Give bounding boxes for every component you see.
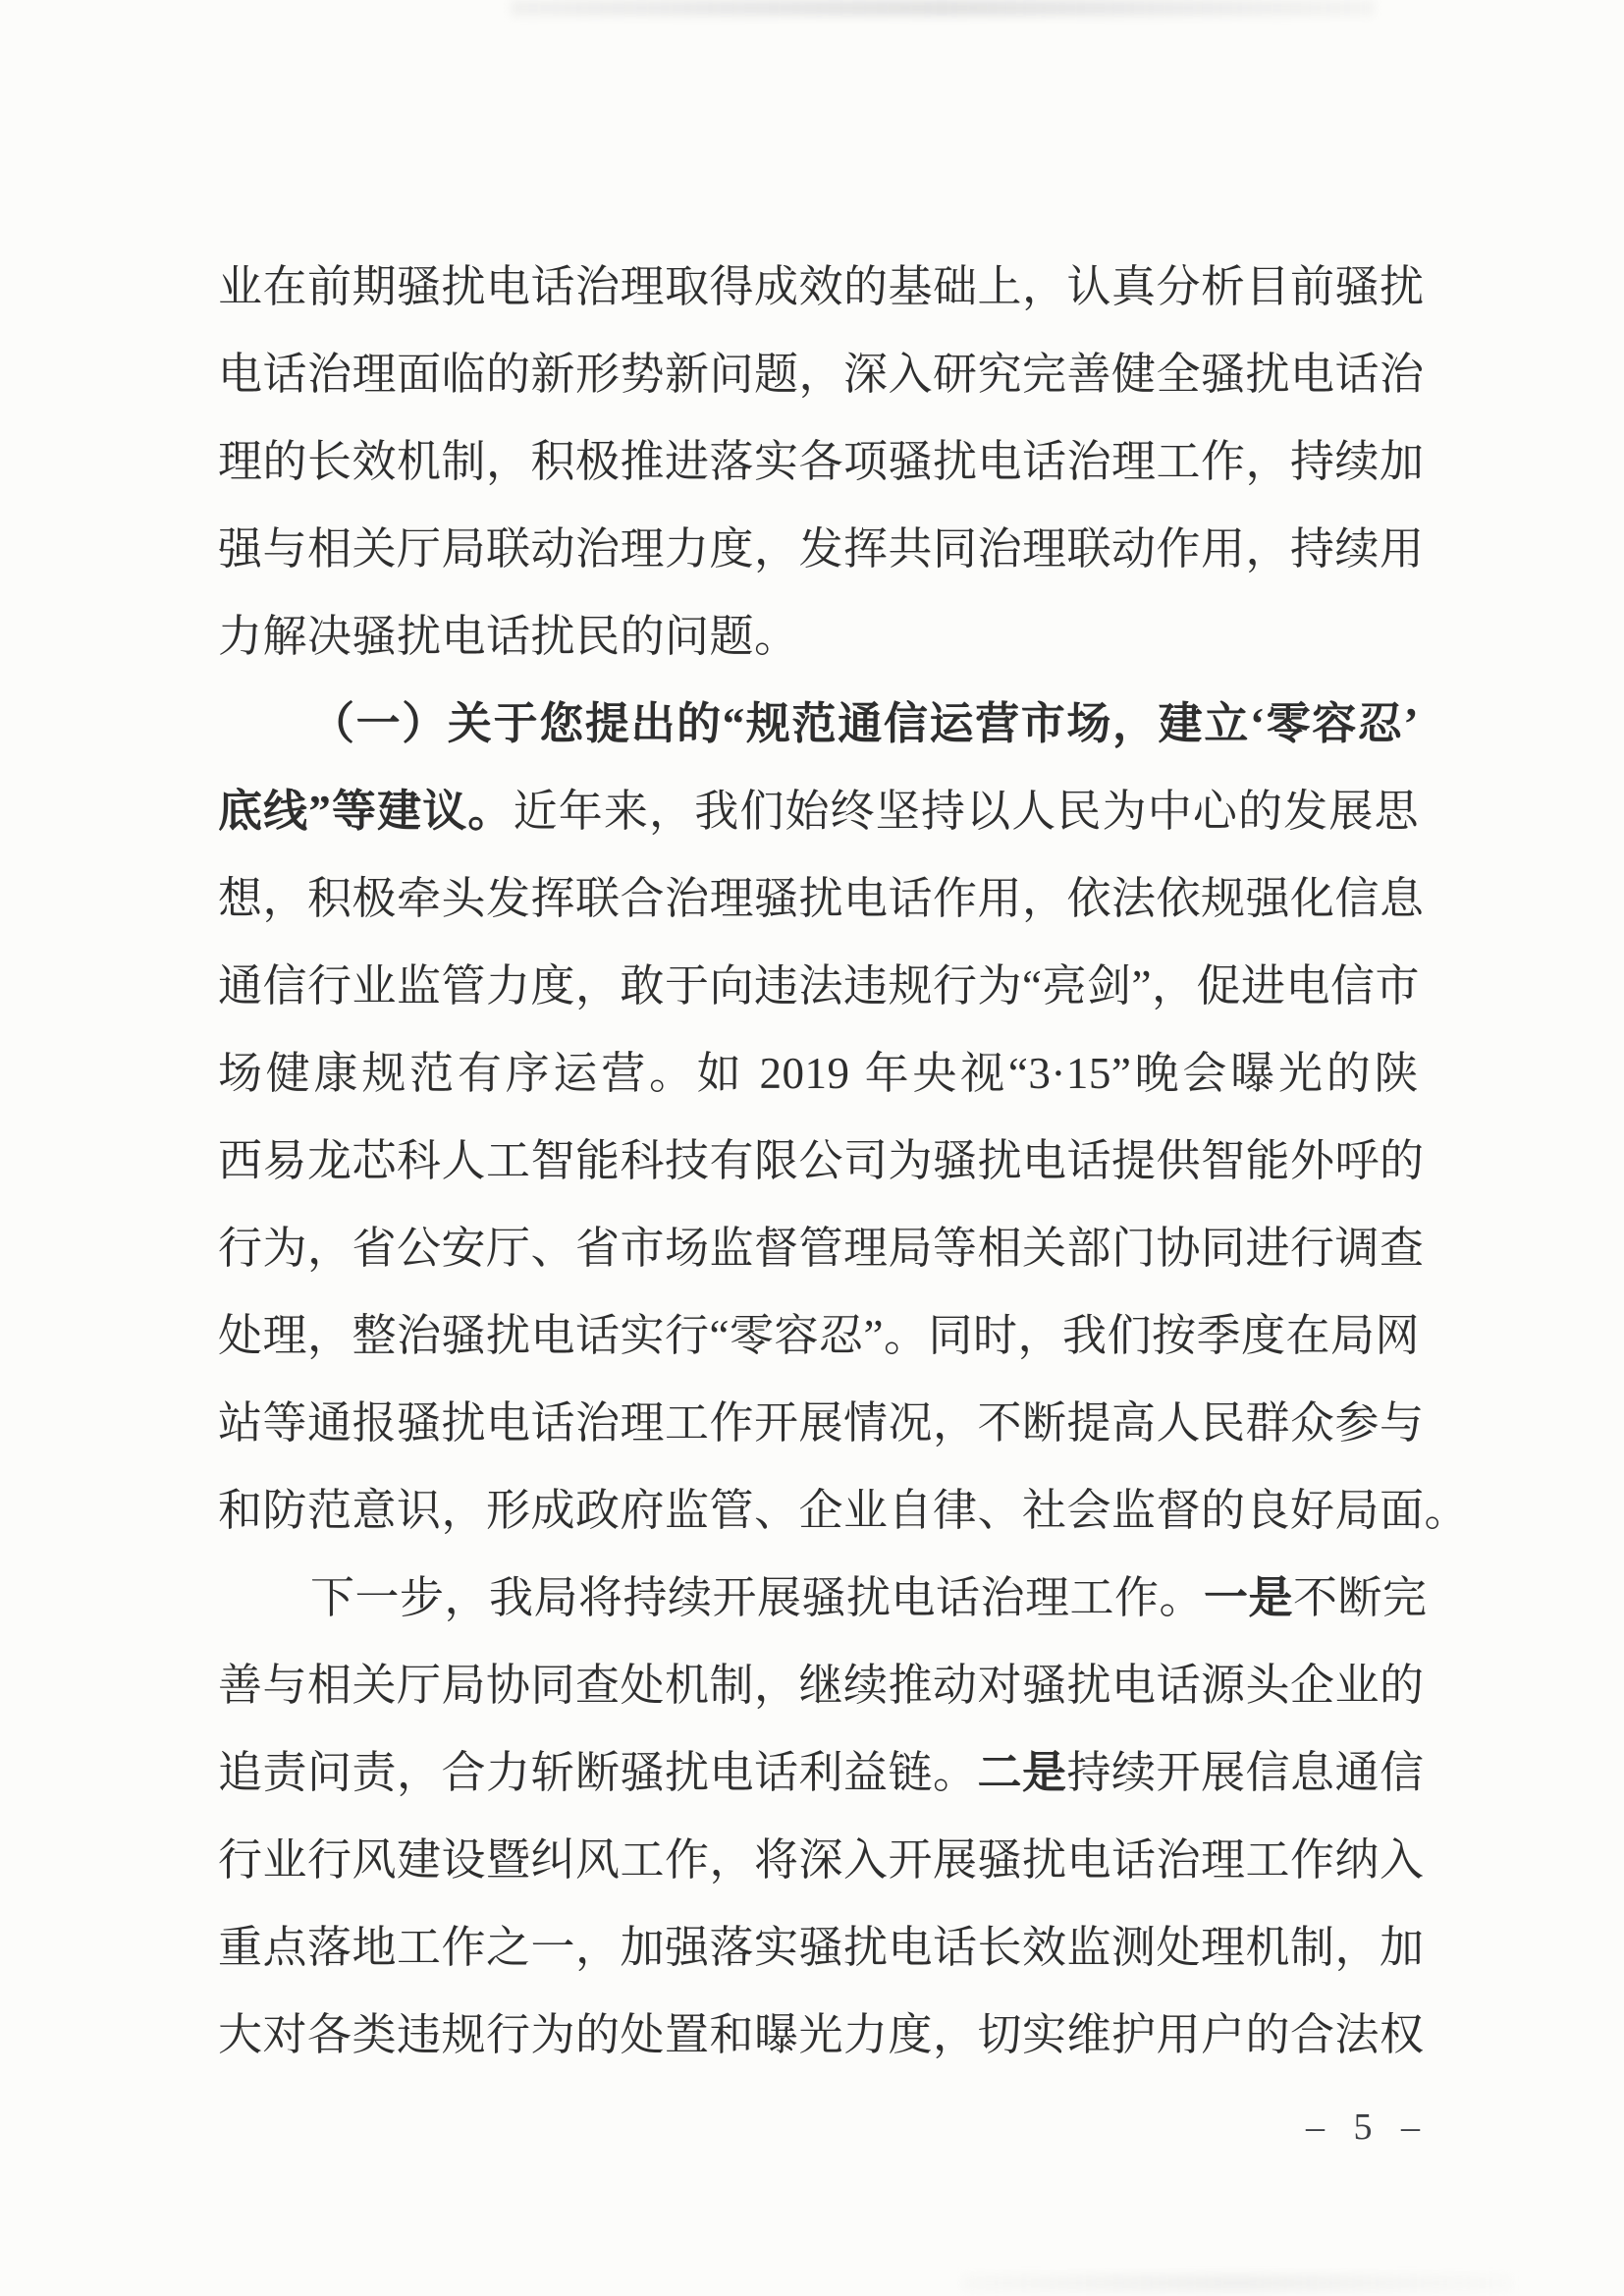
body-text: 站等通报骚扰电话治理工作开展情况，不断提高人民群众参与 (218, 1398, 1425, 1448)
text-line: 行业行风建设暨纠风工作，将深入开展骚扰电话治理工作纳入 (218, 1817, 1419, 1904)
body-text: 理的长效机制，积极推进落实各项骚扰电话治理工作，持续加 (218, 437, 1425, 486)
text-line: 电话治理面临的新形势新问题，深入研究完善健全骚扰电话治 (218, 331, 1419, 418)
document-body: 业在前期骚扰电话治理取得成效的基础上，认真分析目前骚扰电话治理面临的新形势新问题… (218, 244, 1419, 2079)
scanned-page: 业在前期骚扰电话治理取得成效的基础上，认真分析目前骚扰电话治理面临的新形势新问题… (0, 0, 1624, 2296)
text-line: 善与相关厅局协同查处机制，继续推动对骚扰电话源头企业的 (218, 1642, 1419, 1729)
text-line: 西易龙芯科人工智能科技有限公司为骚扰电话提供智能外呼的 (218, 1118, 1419, 1205)
body-text: 处理，整治骚扰电话实行“零容忍”。同时，我们按季度在局网 (218, 1311, 1420, 1360)
text-line: 强与相关厅局联动治理力度，发挥共同治理联动作用，持续用 (218, 506, 1419, 593)
text-line: 站等通报骚扰电话治理工作开展情况，不断提高人民群众参与 (218, 1380, 1419, 1467)
text-line: 大对各类违规行为的处置和曝光力度，切实维护用户的合法权 (218, 1992, 1419, 2079)
body-text: 西易龙芯科人工智能科技有限公司为骚扰电话提供智能外呼的 (218, 1136, 1425, 1185)
text-line: 重点落地工作之一，加强落实骚扰电话长效监测处理机制，加 (218, 1904, 1419, 1992)
text-line: 和防范意识，形成政府监管、企业自律、社会监督的良好局面。 (218, 1467, 1419, 1555)
text-line: 场健康规范有序运营。如 2019 年央视“3·15”晚会曝光的陕 (218, 1030, 1419, 1118)
body-text: 不断完 (1293, 1573, 1428, 1622)
text-line: 行为，省公安厅、省市场监督管理局等相关部门协同进行调查 (218, 1205, 1419, 1292)
body-text: 下一步，我局将持续开展骚扰电话治理工作。 (310, 1573, 1204, 1622)
body-text: 善与相关厅局协同查处机制，继续推动对骚扰电话源头企业的 (218, 1661, 1425, 1710)
body-text: 行为，省公安厅、省市场监督管理局等相关部门协同进行调查 (218, 1224, 1425, 1273)
body-text: 力解决骚扰电话扰民的问题。 (218, 612, 799, 661)
text-line: 底线”等建议。近年来，我们始终坚持以人民为中心的发展思 (218, 768, 1419, 855)
body-text: 追责问责，合力斩断骚扰电话利益链。 (218, 1748, 978, 1797)
text-line: 想，积极牵头发挥联合治理骚扰电话作用，依法依规强化信息 (218, 855, 1419, 943)
page-number: – 5 – (1306, 2105, 1430, 2149)
body-text: 重点落地工作之一，加强落实骚扰电话长效监测处理机制，加 (218, 1923, 1425, 1972)
text-line: 通信行业监管力度，敢于向违法违规行为“亮剑”，促进电信市 (218, 943, 1419, 1030)
text-line: 下一步，我局将持续开展骚扰电话治理工作。一是不断完 (218, 1555, 1419, 1642)
text-line: （一）关于您提出的“规范通信运营市场，建立‘零容忍’ (218, 681, 1419, 768)
scan-artifact-bottom (962, 2276, 1512, 2290)
text-line: 业在前期骚扰电话治理取得成效的基础上，认真分析目前骚扰 (218, 244, 1419, 331)
body-text: 电话治理面临的新形势新问题，深入研究完善健全骚扰电话治 (218, 350, 1425, 399)
body-text: 近年来，我们始终坚持以人民为中心的发展思 (514, 787, 1419, 836)
emphasis-text: 二是 (978, 1748, 1067, 1797)
body-text: 和防范意识，形成政府监管、企业自律、社会监督的良好局面。 (218, 1486, 1469, 1535)
emphasis-text: 底线”等建议。 (218, 787, 514, 836)
body-text: 场健康规范有序运营。如 2019 年央视“3·15”晚会曝光的陕 (218, 1049, 1419, 1098)
body-text: 想，积极牵头发挥联合治理骚扰电话作用，依法依规强化信息 (218, 874, 1425, 923)
body-text: 持续开展信息通信 (1067, 1748, 1425, 1797)
emphasis-text: 一是 (1204, 1573, 1293, 1622)
emphasis-text: （一）关于您提出的“规范通信运营市场，建立‘零容忍’ (310, 699, 1419, 748)
text-line: 追责问责，合力斩断骚扰电话利益链。二是持续开展信息通信 (218, 1729, 1419, 1817)
body-text: 大对各类违规行为的处置和曝光力度，切实维护用户的合法权 (218, 2010, 1425, 2059)
body-text: 行业行风建设暨纠风工作，将深入开展骚扰电话治理工作纳入 (218, 1835, 1425, 1885)
text-line: 力解决骚扰电话扰民的问题。 (218, 593, 1419, 681)
body-text: 业在前期骚扰电话治理取得成效的基础上，认真分析目前骚扰 (218, 262, 1425, 311)
body-text: 强与相关厅局联动治理力度，发挥共同治理联动作用，持续用 (218, 524, 1425, 574)
text-line: 处理，整治骚扰电话实行“零容忍”。同时，我们按季度在局网 (218, 1292, 1419, 1380)
scan-artifact-top (511, 0, 1375, 16)
body-text: 通信行业监管力度，敢于向违法违规行为“亮剑”，促进电信市 (218, 961, 1420, 1011)
text-line: 理的长效机制，积极推进落实各项骚扰电话治理工作，持续加 (218, 418, 1419, 506)
